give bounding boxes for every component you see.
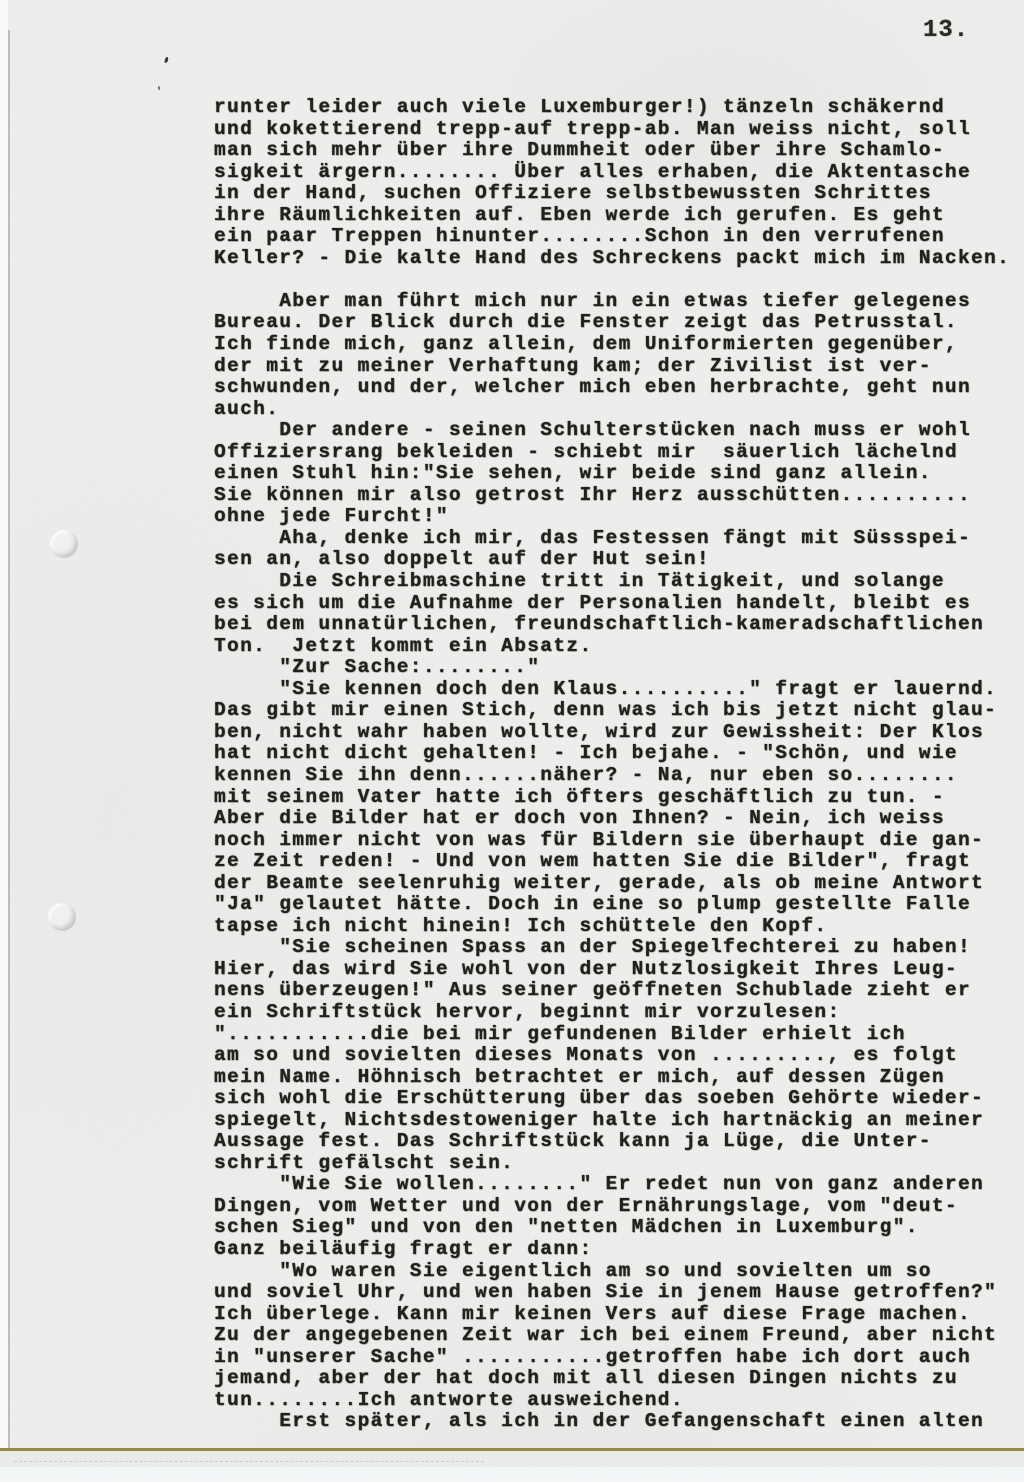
text-line: Aussage fest. Das Schriftstück kann ja L… xyxy=(214,1131,1010,1153)
text-line: Hier, das wird Sie wohl von der Nutzlosi… xyxy=(214,959,1010,981)
text-line: nens überzeugen!" Aus seiner geöffneten … xyxy=(214,980,1010,1002)
text-line: und soviel Uhr, und wen haben Sie in jen… xyxy=(214,1282,1010,1304)
text-line: tun........Ich antworte ausweichend. xyxy=(214,1390,1010,1412)
punch-hole-bottom xyxy=(48,903,76,931)
text-line: Keller? - Die kalte Hand des Schreckens … xyxy=(214,248,1010,270)
text-line: spiegelt, Nichtsdestoweniger halte ich h… xyxy=(214,1110,1010,1132)
text-line: "...........die bei mir gefundenen Bilde… xyxy=(214,1024,1010,1046)
text-line: tapse ich nicht hinein! Ich schüttele de… xyxy=(214,916,1010,938)
text-line: ein Schriftstück hervor, beginnt mir vor… xyxy=(214,1002,1010,1024)
page-left-edge xyxy=(8,30,10,1450)
ink-speck xyxy=(164,57,169,64)
text-line: ze Zeit reden! - Und von wem hatten Sie … xyxy=(214,851,1010,873)
text-line: Ton. Jetzt kommt ein Absatz. xyxy=(214,636,1010,658)
text-line: in der Hand, suchen Offiziere selbstbewu… xyxy=(214,183,1010,205)
text-line: "Sie kennen doch den Klaus.........." fr… xyxy=(214,679,1010,701)
punch-hole-top xyxy=(50,530,78,558)
text-line: Aber man führt mich nur in ein etwas tie… xyxy=(214,291,1010,313)
text-line: am so und sovielten dieses Monats von ..… xyxy=(214,1045,1010,1067)
text-line: in "unserer Sache" ...........getroffen … xyxy=(214,1347,1010,1369)
text-line: runter leider auch viele Luxemburger!) t… xyxy=(214,97,1010,119)
text-line: mein Name. Höhnisch betrachtet er mich, … xyxy=(214,1067,1010,1089)
text-line xyxy=(214,269,1010,291)
text-line: Die Schreibmaschine tritt in Tätigkeit, … xyxy=(214,571,1010,593)
text-line: "Zur Sache:........" xyxy=(214,657,1010,679)
text-line: einen Stuhl hin:"Sie sehen, wir beide si… xyxy=(214,463,1010,485)
text-line: es sich um die Aufnahme der Personalien … xyxy=(214,593,1010,615)
scanned-page: 13. runter leider auch viele Luxemburger… xyxy=(8,0,1024,1482)
text-line: Ich überlege. Kann mir keinen Vers auf d… xyxy=(214,1304,1010,1326)
text-line: schrift gefälscht sein. xyxy=(214,1153,1010,1175)
text-line: Aha, denke ich mir, das Festessen fängt … xyxy=(214,528,1010,550)
text-line: sich wohl die Erschütterung über das soe… xyxy=(214,1088,1010,1110)
typewritten-text: runter leider auch viele Luxemburger!) t… xyxy=(214,97,1010,1433)
text-line: Zu der angegebenen Zeit war ich bei eine… xyxy=(214,1325,1010,1347)
text-line: auch. xyxy=(214,399,1010,421)
ink-speck xyxy=(158,86,161,90)
text-line: Offiziersrang bekleiden - schiebt mir sä… xyxy=(214,442,1010,464)
text-line: man sich mehr über ihre Dummheit oder üb… xyxy=(214,140,1010,162)
text-line: ein paar Treppen hinunter........Schon i… xyxy=(214,226,1010,248)
faint-edge-mark xyxy=(14,1461,484,1462)
text-line: "Wo waren Sie eigentlich am so und sovie… xyxy=(214,1261,1010,1283)
text-line: ben, nicht wahr haben wollte, wird zur G… xyxy=(214,722,1010,744)
text-line: sigkeit ärgern........ Über alles erhabe… xyxy=(214,162,1010,184)
text-line: Bureau. Der Blick durch die Fenster zeig… xyxy=(214,312,1010,334)
text-line: jemand, aber der hat doch mit all diesen… xyxy=(214,1368,1010,1390)
text-line: ohne jede Furcht!" xyxy=(214,506,1010,528)
text-line: kennen Sie ihn denn......näher? - Na, nu… xyxy=(214,765,1010,787)
text-line: sen an, also doppelt auf der Hut sein! xyxy=(214,549,1010,571)
text-line: schen Sieg" und von den "netten Mädchen … xyxy=(214,1217,1010,1239)
text-line: "Sie scheinen Spass an der Spiegelfechte… xyxy=(214,937,1010,959)
text-line: Das gibt mir einen Stich, denn was ich b… xyxy=(214,700,1010,722)
text-line: ihre Räumlichkeiten auf. Eben werde ich … xyxy=(214,205,1010,227)
text-line: Erst später, als ich in der Gefangenscha… xyxy=(214,1411,1010,1433)
text-line: noch immer nicht von was für Bildern sie… xyxy=(214,830,1010,852)
text-line: der Beamte seelenruhig weiter, gerade, a… xyxy=(214,873,1010,895)
text-line: Ich finde mich, ganz allein, dem Uniform… xyxy=(214,334,1010,356)
text-line: Sie können mir also getrost Ihr Herz aus… xyxy=(214,485,1010,507)
page-number: 13. xyxy=(923,17,969,45)
text-line: Ganz beiläufig fragt er dann: xyxy=(214,1239,1010,1261)
text-line: bei dem unnatürlichen, freundschaftlich-… xyxy=(214,614,1010,636)
text-line: "Wie Sie wollen........" Er redet nun vo… xyxy=(214,1174,1010,1196)
scan-bottom-strip xyxy=(0,1467,1024,1482)
text-line: hat nicht dicht gehalten! - Ich bejahe. … xyxy=(214,743,1010,765)
text-line: mit seinem Vater hatte ich öfters geschä… xyxy=(214,787,1010,809)
text-line: und kokettierend trepp-auf trepp-ab. Man… xyxy=(214,119,1010,141)
text-line: der mit zu meiner Verhaftung kam; der Zi… xyxy=(214,356,1010,378)
text-line: "Ja" gelautet hätte. Doch in eine so plu… xyxy=(214,894,1010,916)
text-line: Aber die Bilder hat er doch von Ihnen? -… xyxy=(214,808,1010,830)
text-line: schwunden, und der, welcher mich eben he… xyxy=(214,377,1010,399)
text-line: Der andere - seinen Schulterstücken nach… xyxy=(214,420,1010,442)
text-line: Dingen, vom Wetter und von der Ernährung… xyxy=(214,1196,1010,1218)
next-page-edge xyxy=(0,1451,1024,1467)
